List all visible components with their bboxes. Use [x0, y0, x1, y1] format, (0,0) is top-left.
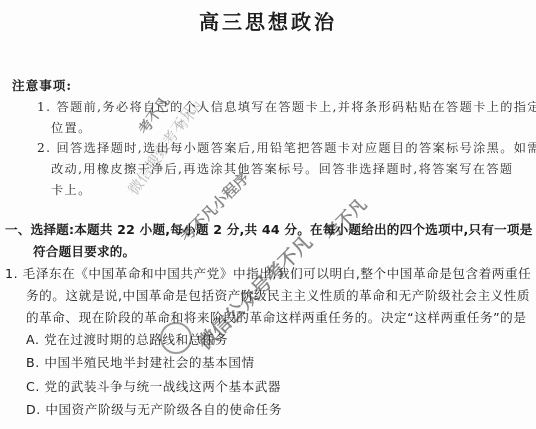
option-text: 党的武装斗争与统一战线这两个基本武器	[44, 379, 281, 394]
option-text: 中国资产阶级与无产阶级各自的使命任务	[45, 402, 282, 417]
question-1-option-d: D. 中国资产阶级与无产阶级各自的使命任务	[26, 402, 282, 418]
exam-page: 高三思想政治 注意事项: 1. 答题前,务必将自己的个人信息填写在答题卡上,并将…	[0, 0, 536, 429]
section-heading-line-2: 符合题目要求的。	[33, 244, 135, 260]
question-1-option-a: A. 党在过渡时期的总路线和总任务	[26, 332, 228, 348]
option-letter: A.	[26, 332, 40, 347]
notice-heading: 注意事项:	[12, 78, 72, 94]
question-1-stem-line-3: 的革命、现在阶段的革命和将来阶段的革命这样两重任务的。决定“这样两重任务”的是	[26, 310, 526, 326]
notice-item-1-line-1: 1. 答题前,务必将自己的个人信息填写在答题卡上,并将条形码粘贴在答题卡上的指定	[37, 99, 536, 115]
question-1-stem-line-1: 1. 毛泽东在《中国革命和中国共产党》中指出,我们可以明白,整个中国革命是包含着…	[5, 266, 531, 282]
section-heading-line-1: 一、选择题:本题共 22 小题,每小题 2 分,共 44 分。在每小题给出的四个…	[5, 222, 533, 238]
option-letter: C.	[26, 379, 40, 394]
option-text: 党在过渡时期的总路线和总任务	[44, 332, 228, 347]
notice-item-2-line-1: 2. 回答选择题时,选出每小题答案后,用铅笔把答题卡对应题目的答案标号涂黑。如需	[37, 140, 536, 156]
question-1-stem-line-2: 务的。这就是说,中国革命是包括资产阶级民主主义性质的革命和无产阶级社会主义性质	[26, 288, 530, 304]
page-title: 高三思想政治	[0, 6, 536, 35]
notice-item-1-line-2: 位置。	[51, 120, 92, 136]
question-1-option-c: C. 党的武装斗争与统一战线这两个基本武器	[26, 379, 281, 395]
question-1-option-b: B. 中国半殖民地半封建社会的基本国情	[26, 355, 255, 371]
notice-item-2-line-2: 改动,用橡皮擦干净后,再选涂其他答案标号。回答非选择题时,将答案写在答题	[51, 161, 513, 177]
option-letter: D.	[26, 402, 41, 417]
option-text: 中国半殖民地半封建社会的基本国情	[44, 355, 254, 370]
option-letter: B.	[26, 355, 40, 370]
notice-item-2-line-3: 卡上。	[51, 182, 92, 198]
